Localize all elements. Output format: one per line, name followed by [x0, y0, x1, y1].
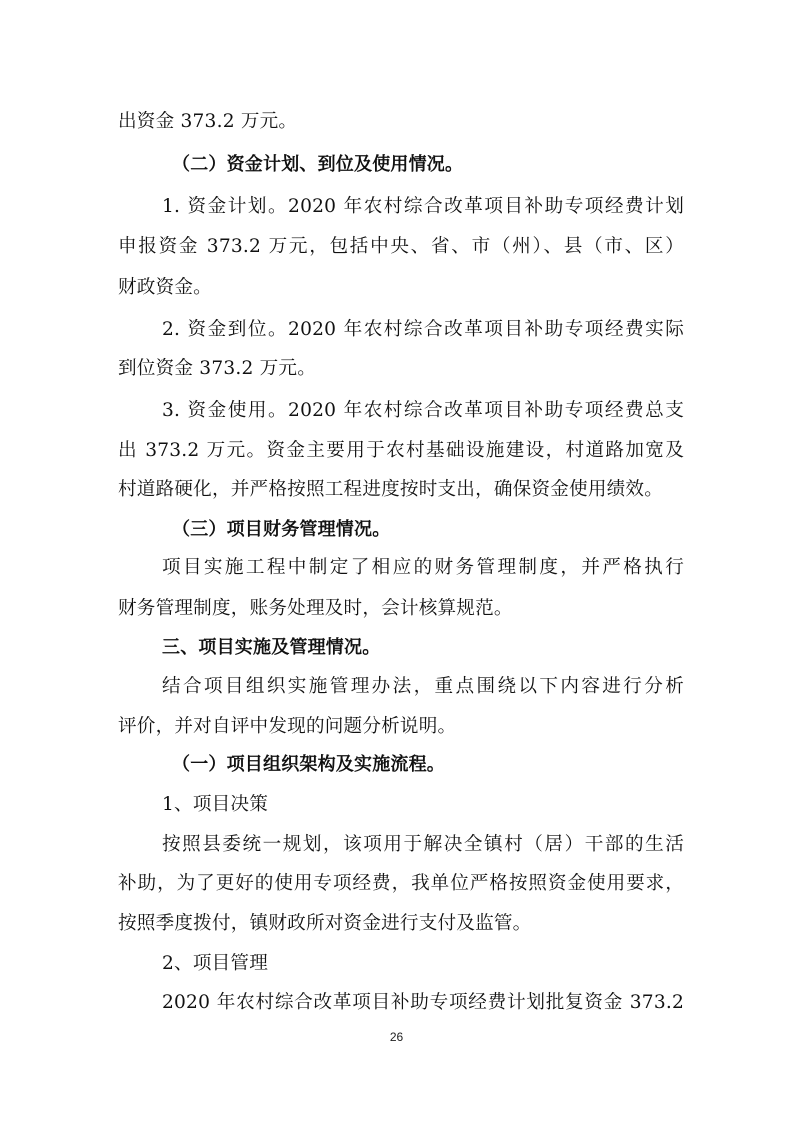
paragraph-line: 2020 年农村综合改革项目补助专项经费计划批复资金 373.2: [118, 983, 684, 1023]
paragraph-line: 出 373.2 万元。资金主要用于农村基础设施建设，村道路加宽及: [118, 431, 684, 471]
subheading-project-management: 2、项目管理: [118, 944, 684, 984]
section-heading-funding-plan: （二）资金计划、到位及使用情况。: [118, 145, 684, 185]
section-heading-financial-management: （三）项目财务管理情况。: [118, 510, 684, 550]
paragraph-line: 出资金 373.2 万元。: [118, 102, 684, 142]
paragraph-line: 村道路硬化，并严格按照工程进度按时支出，确保资金使用绩效。: [118, 470, 684, 510]
subheading-project-decision: 1、项目决策: [118, 785, 684, 825]
paragraph-line: 结合项目组织实施管理办法，重点围绕以下内容进行分析: [118, 667, 684, 707]
paragraph-line: 财务管理制度，账务处理及时，会计核算规范。: [118, 589, 684, 629]
section-heading-organization: （一）项目组织架构及实施流程。: [118, 745, 684, 785]
paragraph-line: 补助，为了更好的使用专项经费，我单位严格按照资金使用要求，: [118, 864, 684, 904]
paragraph-line: 1. 资金计划。2020 年农村综合改革项目补助专项经费计划: [118, 187, 684, 227]
paragraph-line: 按照季度拨付，镇财政所对资金进行支付及监管。: [118, 904, 684, 944]
paragraph-line: 2. 资金到位。2020 年农村综合改革项目补助专项经费实际: [118, 310, 684, 350]
document-page: 出资金 373.2 万元。 （二）资金计划、到位及使用情况。 1. 资金计划。2…: [0, 0, 793, 1122]
section-heading-implementation: 三、项目实施及管理情况。: [118, 628, 684, 668]
page-number: 26: [0, 1030, 793, 1044]
paragraph-line: 项目实施工程中制定了相应的财务管理制度，并严格执行: [118, 548, 684, 588]
paragraph-line: 评价，并对自评中发现的问题分析说明。: [118, 707, 684, 747]
paragraph-line: 到位资金 373.2 万元。: [118, 349, 684, 389]
paragraph-line: 财政资金。: [118, 268, 684, 308]
paragraph-line: 申报资金 373.2 万元，包括中央、省、市（州）、县（市、区）: [118, 227, 684, 267]
paragraph-line: 按照县委统一规划，该项用于解决全镇村（居）干部的生活: [118, 825, 684, 865]
paragraph-line: 3. 资金使用。2020 年农村综合改革项目补助专项经费总支: [118, 391, 684, 431]
